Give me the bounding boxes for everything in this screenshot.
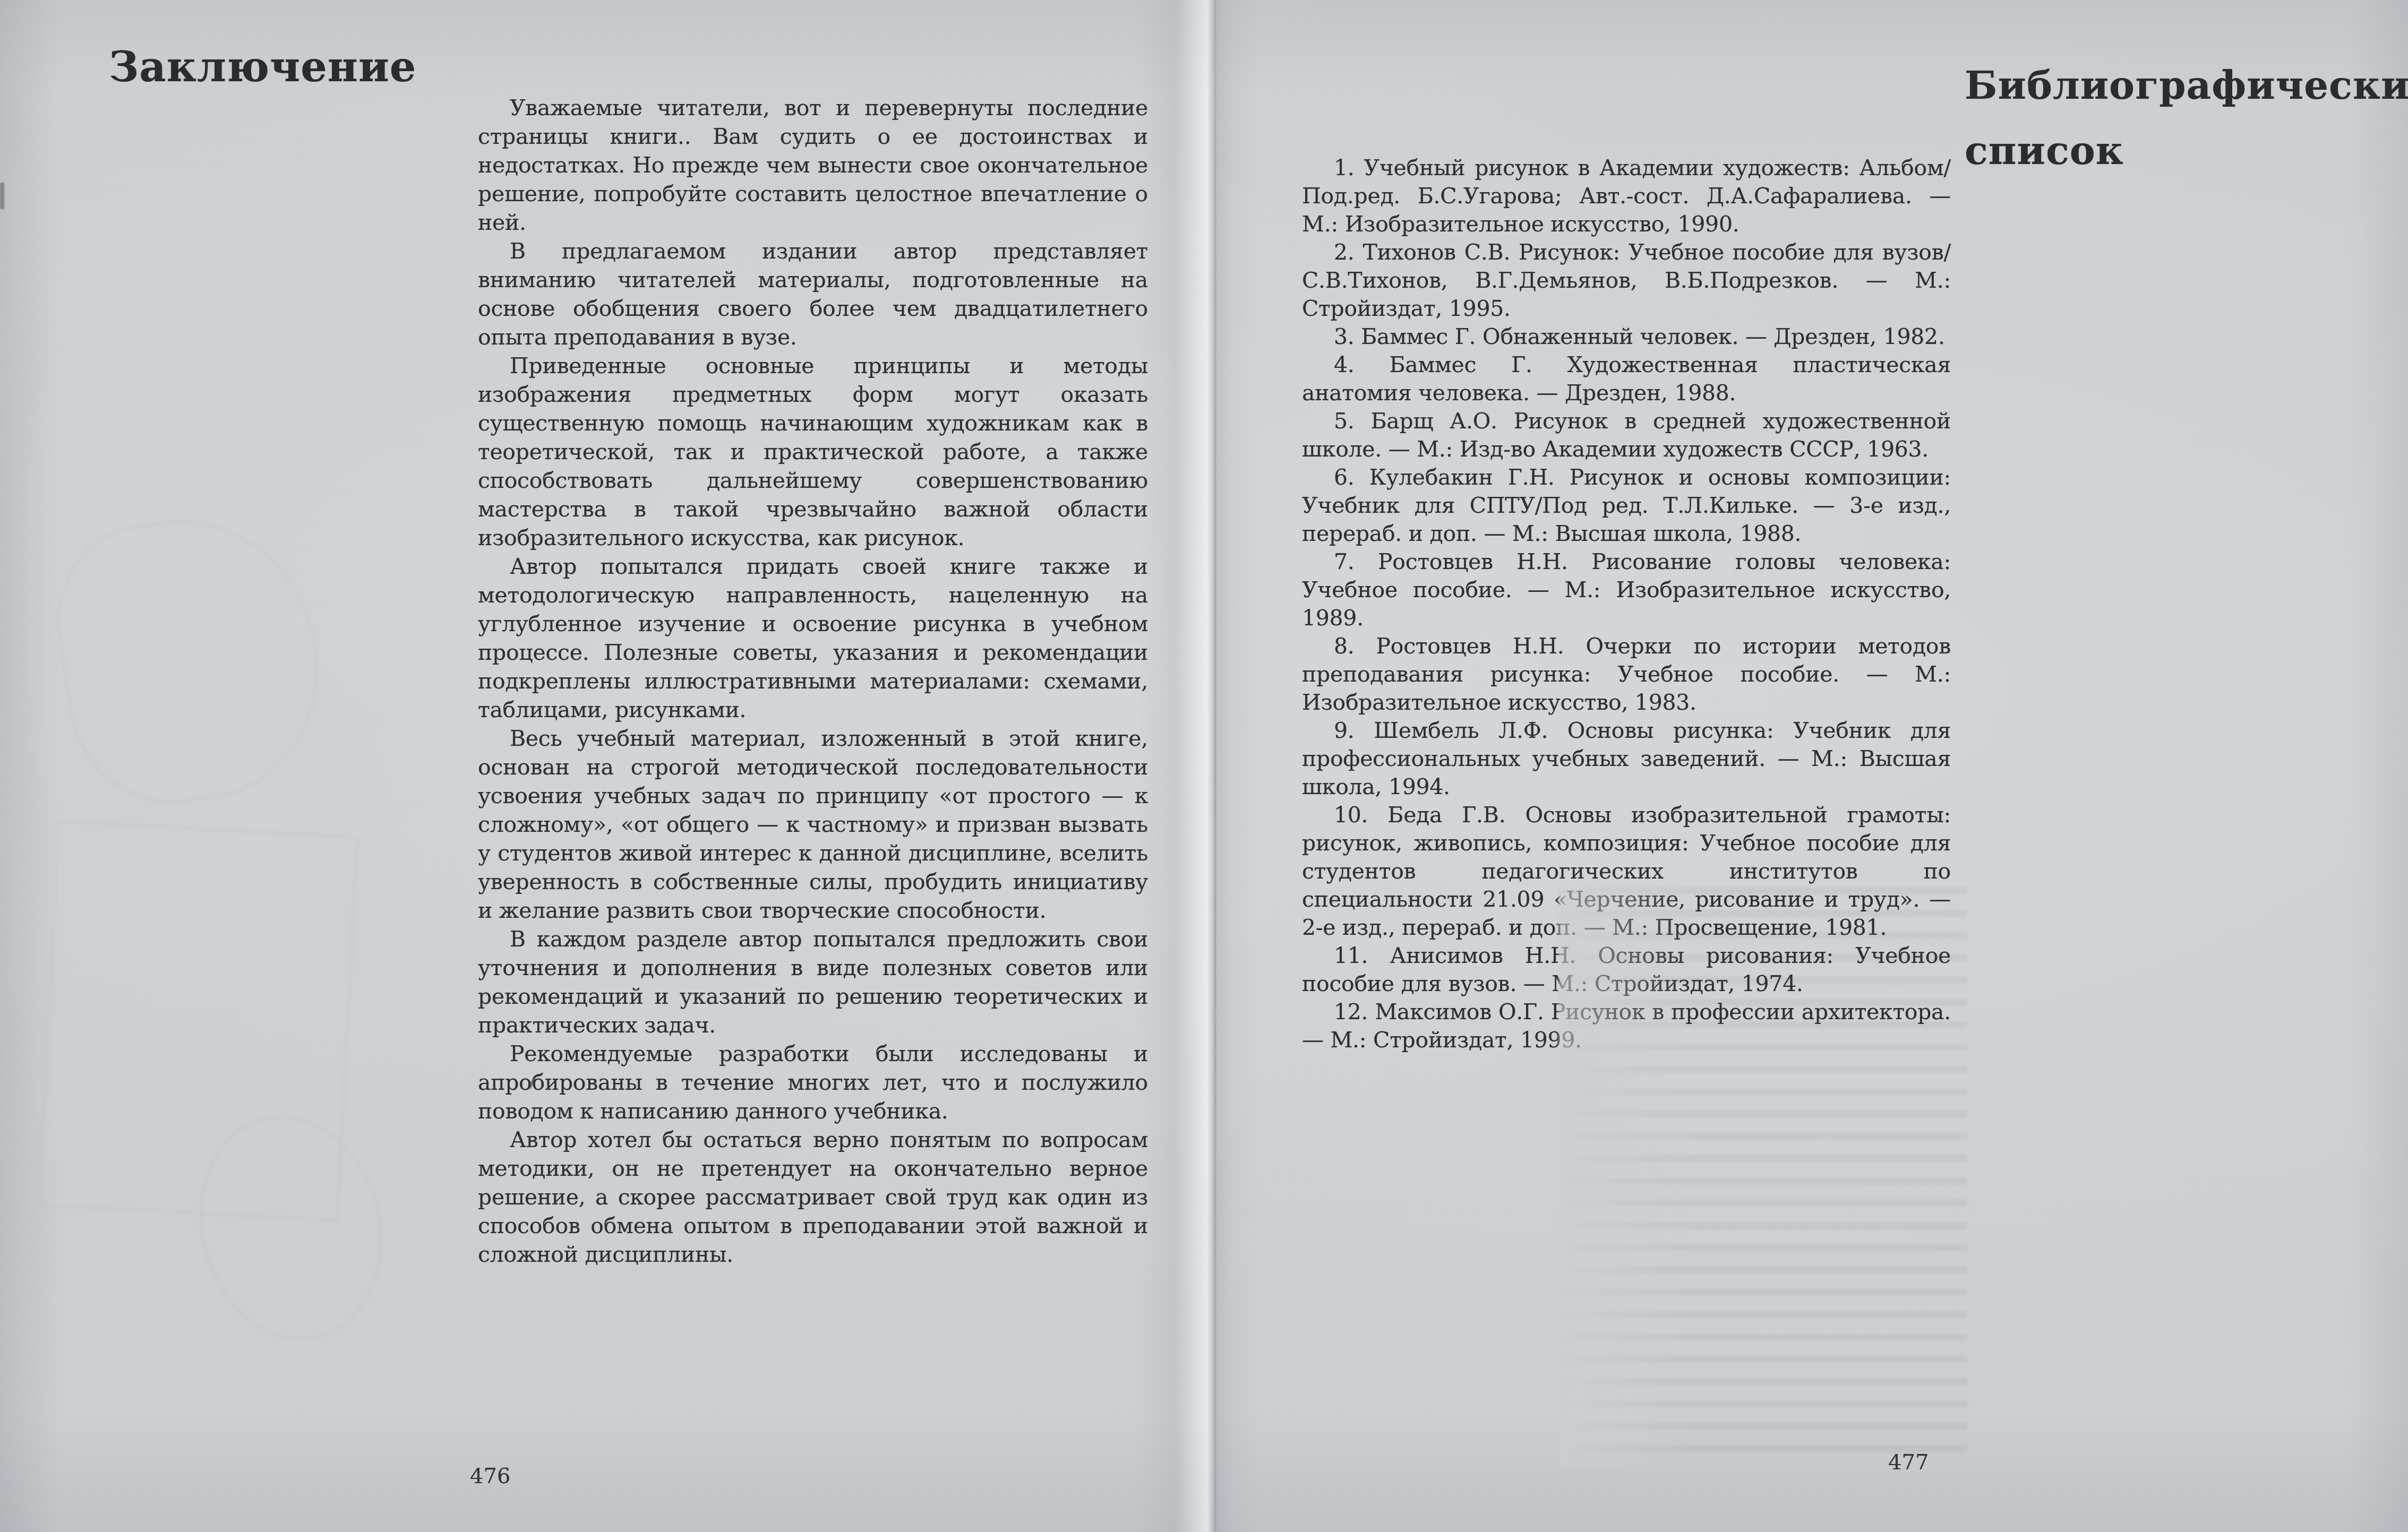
paragraph: Весь учебный материал, изложенный в этой…: [478, 724, 1148, 925]
paragraph: Автор хотел бы остаться верно понятым по…: [478, 1125, 1148, 1269]
paragraph: В каждом разделе автор попытался предлож…: [478, 925, 1148, 1039]
paragraph: Рекомендуемые разработки были исследован…: [478, 1039, 1148, 1125]
left-page-text-column: Уважаемые читатели, вот и перевернуты по…: [478, 93, 1148, 1269]
bibliography-item: 2. Тихонов С.В. Рисунок: Учебное пособие…: [1302, 238, 1951, 323]
paragraph: Приведенные основные принципы и методы и…: [478, 351, 1148, 552]
bibliography-item: 1. Учебный рисунок в Академии художеств:…: [1302, 154, 1951, 238]
bibliography-item: 6. Кулебакин Г.Н. Рисунок и основы компо…: [1302, 463, 1951, 548]
bibliography-item: 7. Ростовцев Н.Н. Рисование головы челов…: [1302, 548, 1951, 632]
right-page-number: 477: [1888, 1450, 1929, 1475]
bibliography-item: 3. Баммес Г. Обнаженный человек. — Дрезд…: [1302, 323, 1951, 351]
left-page-number: 476: [470, 1464, 510, 1488]
paragraph: Уважаемые читатели, вот и перевернуты по…: [478, 93, 1148, 237]
show-through-text: [1558, 888, 1967, 1466]
bibliography-item: 9. Шембель Л.Ф. Основы рисунка: Учебник …: [1302, 717, 1951, 801]
book-gutter-shadow: [1136, 0, 1258, 1532]
right-page-title: Библиографический список: [1965, 53, 2352, 183]
bibliography-item: 5. Барщ А.О. Рисунок в средней художеств…: [1302, 407, 1951, 463]
scan-artifact-edge-mark: [0, 183, 4, 209]
show-through-sketch: [46, 504, 335, 815]
paragraph: В предлагаемом издании автор представляе…: [478, 237, 1148, 351]
bibliography-item: 8. Ростовцев Н.Н. Очерки по истории мето…: [1302, 632, 1951, 717]
left-page-title: Заключение: [109, 42, 416, 92]
paragraph: Автор попытался придать своей книге такж…: [478, 552, 1148, 724]
book-spread: Заключение Уважаемые читатели, вот и пер…: [0, 0, 2408, 1532]
book-gutter-crease: [1214, 0, 1216, 1532]
bibliography-item: 4. Баммес Г. Художественная пластическая…: [1302, 351, 1951, 407]
